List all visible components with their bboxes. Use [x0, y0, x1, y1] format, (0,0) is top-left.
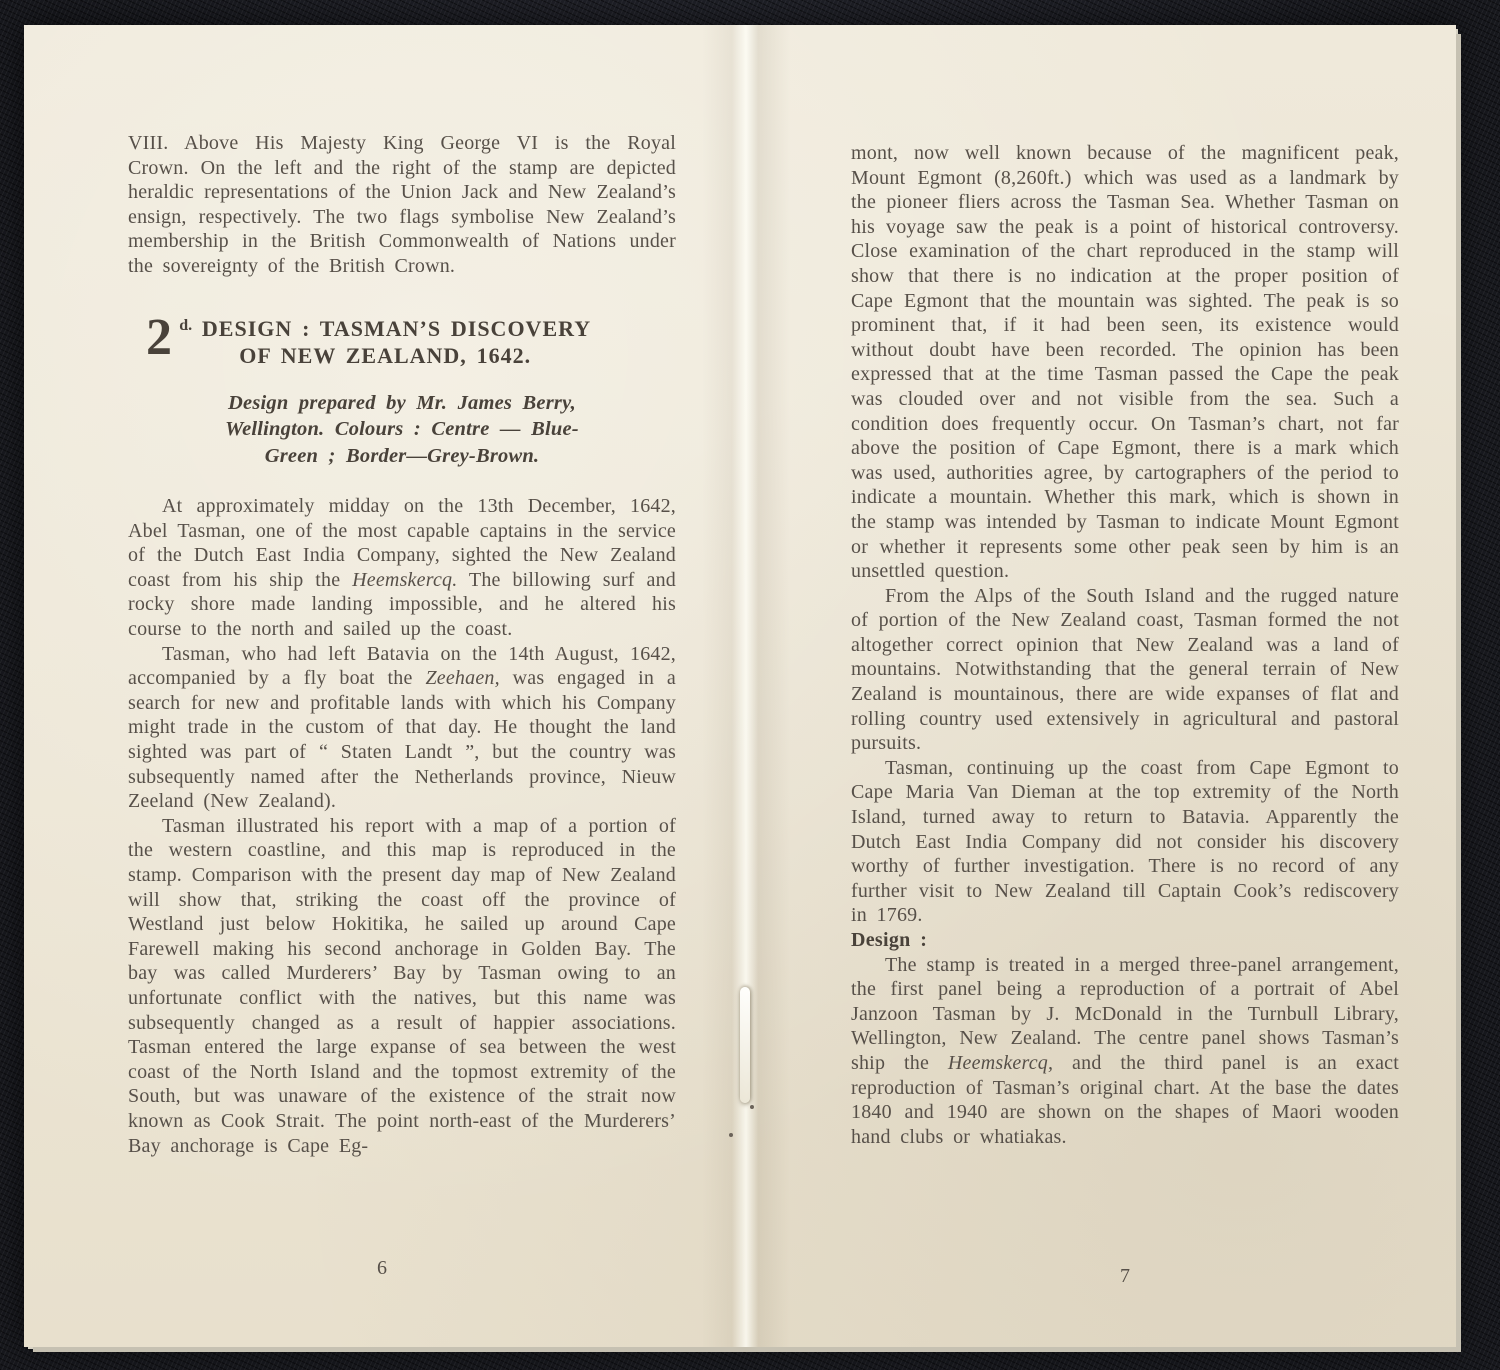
- design-credit-line: Green ; Border—Grey-Brown.: [128, 443, 676, 470]
- denomination-number: 2: [146, 315, 172, 361]
- paragraph-batavia: Tasman, who had left Batavia on the 14th…: [128, 642, 676, 814]
- design-credit-line: Wellington. Colours : Centre — Blue-: [128, 416, 676, 443]
- design-credit: Design prepared by Mr. James Berry, Well…: [128, 390, 676, 470]
- section-heading-line2: OF NEW ZEALAND, 1642.: [179, 342, 591, 369]
- design-credit-line: Design prepared by Mr. James Berry,: [128, 390, 676, 417]
- center-fold: [702, 25, 790, 1347]
- denomination-letter: d.: [179, 317, 192, 334]
- page-number-7: 7: [851, 1265, 1399, 1288]
- photo-background: VIII. Above His Majesty King George VI i…: [0, 0, 1500, 1370]
- section-heading: 2 d. DESIGN : TASMAN’S DISCOVERY OF NEW …: [146, 312, 676, 369]
- page-number-6: 6: [108, 1257, 656, 1280]
- paragraph-map-report: Tasman illustrated his report with a map…: [128, 814, 676, 1158]
- design-subheading: Design :: [851, 928, 1399, 953]
- paragraph-midday-sighting: At approximately midday on the 13th Dece…: [128, 494, 676, 642]
- paragraph-mount-egmont: mont, now well known because of the magn…: [851, 141, 1399, 584]
- section-heading-title: DESIGN : TASMAN’S DISCOVERY: [202, 316, 591, 341]
- staple: [740, 987, 750, 1103]
- paragraph-alps: From the Alps of the South Island and th…: [851, 584, 1399, 756]
- paragraph-royal-crown: VIII. Above His Majesty King George VI i…: [128, 131, 676, 279]
- section-heading-text: d. DESIGN : TASMAN’S DISCOVERY OF NEW ZE…: [179, 312, 591, 369]
- page-7: mont, now well known because of the magn…: [851, 141, 1399, 1291]
- paragraph-stamp-design: The stamp is treated in a merged three-p…: [851, 953, 1399, 1150]
- paragraph-return-batavia: Tasman, continuing up the coast from Cap…: [851, 756, 1399, 928]
- paper-speck: [729, 1133, 733, 1137]
- paper-speck: [750, 1105, 754, 1109]
- section-heading-line1: d. DESIGN : TASMAN’S DISCOVERY: [179, 312, 591, 342]
- booklet-spread: VIII. Above His Majesty King George VI i…: [24, 25, 1456, 1347]
- page-6: VIII. Above His Majesty King George VI i…: [128, 131, 676, 1281]
